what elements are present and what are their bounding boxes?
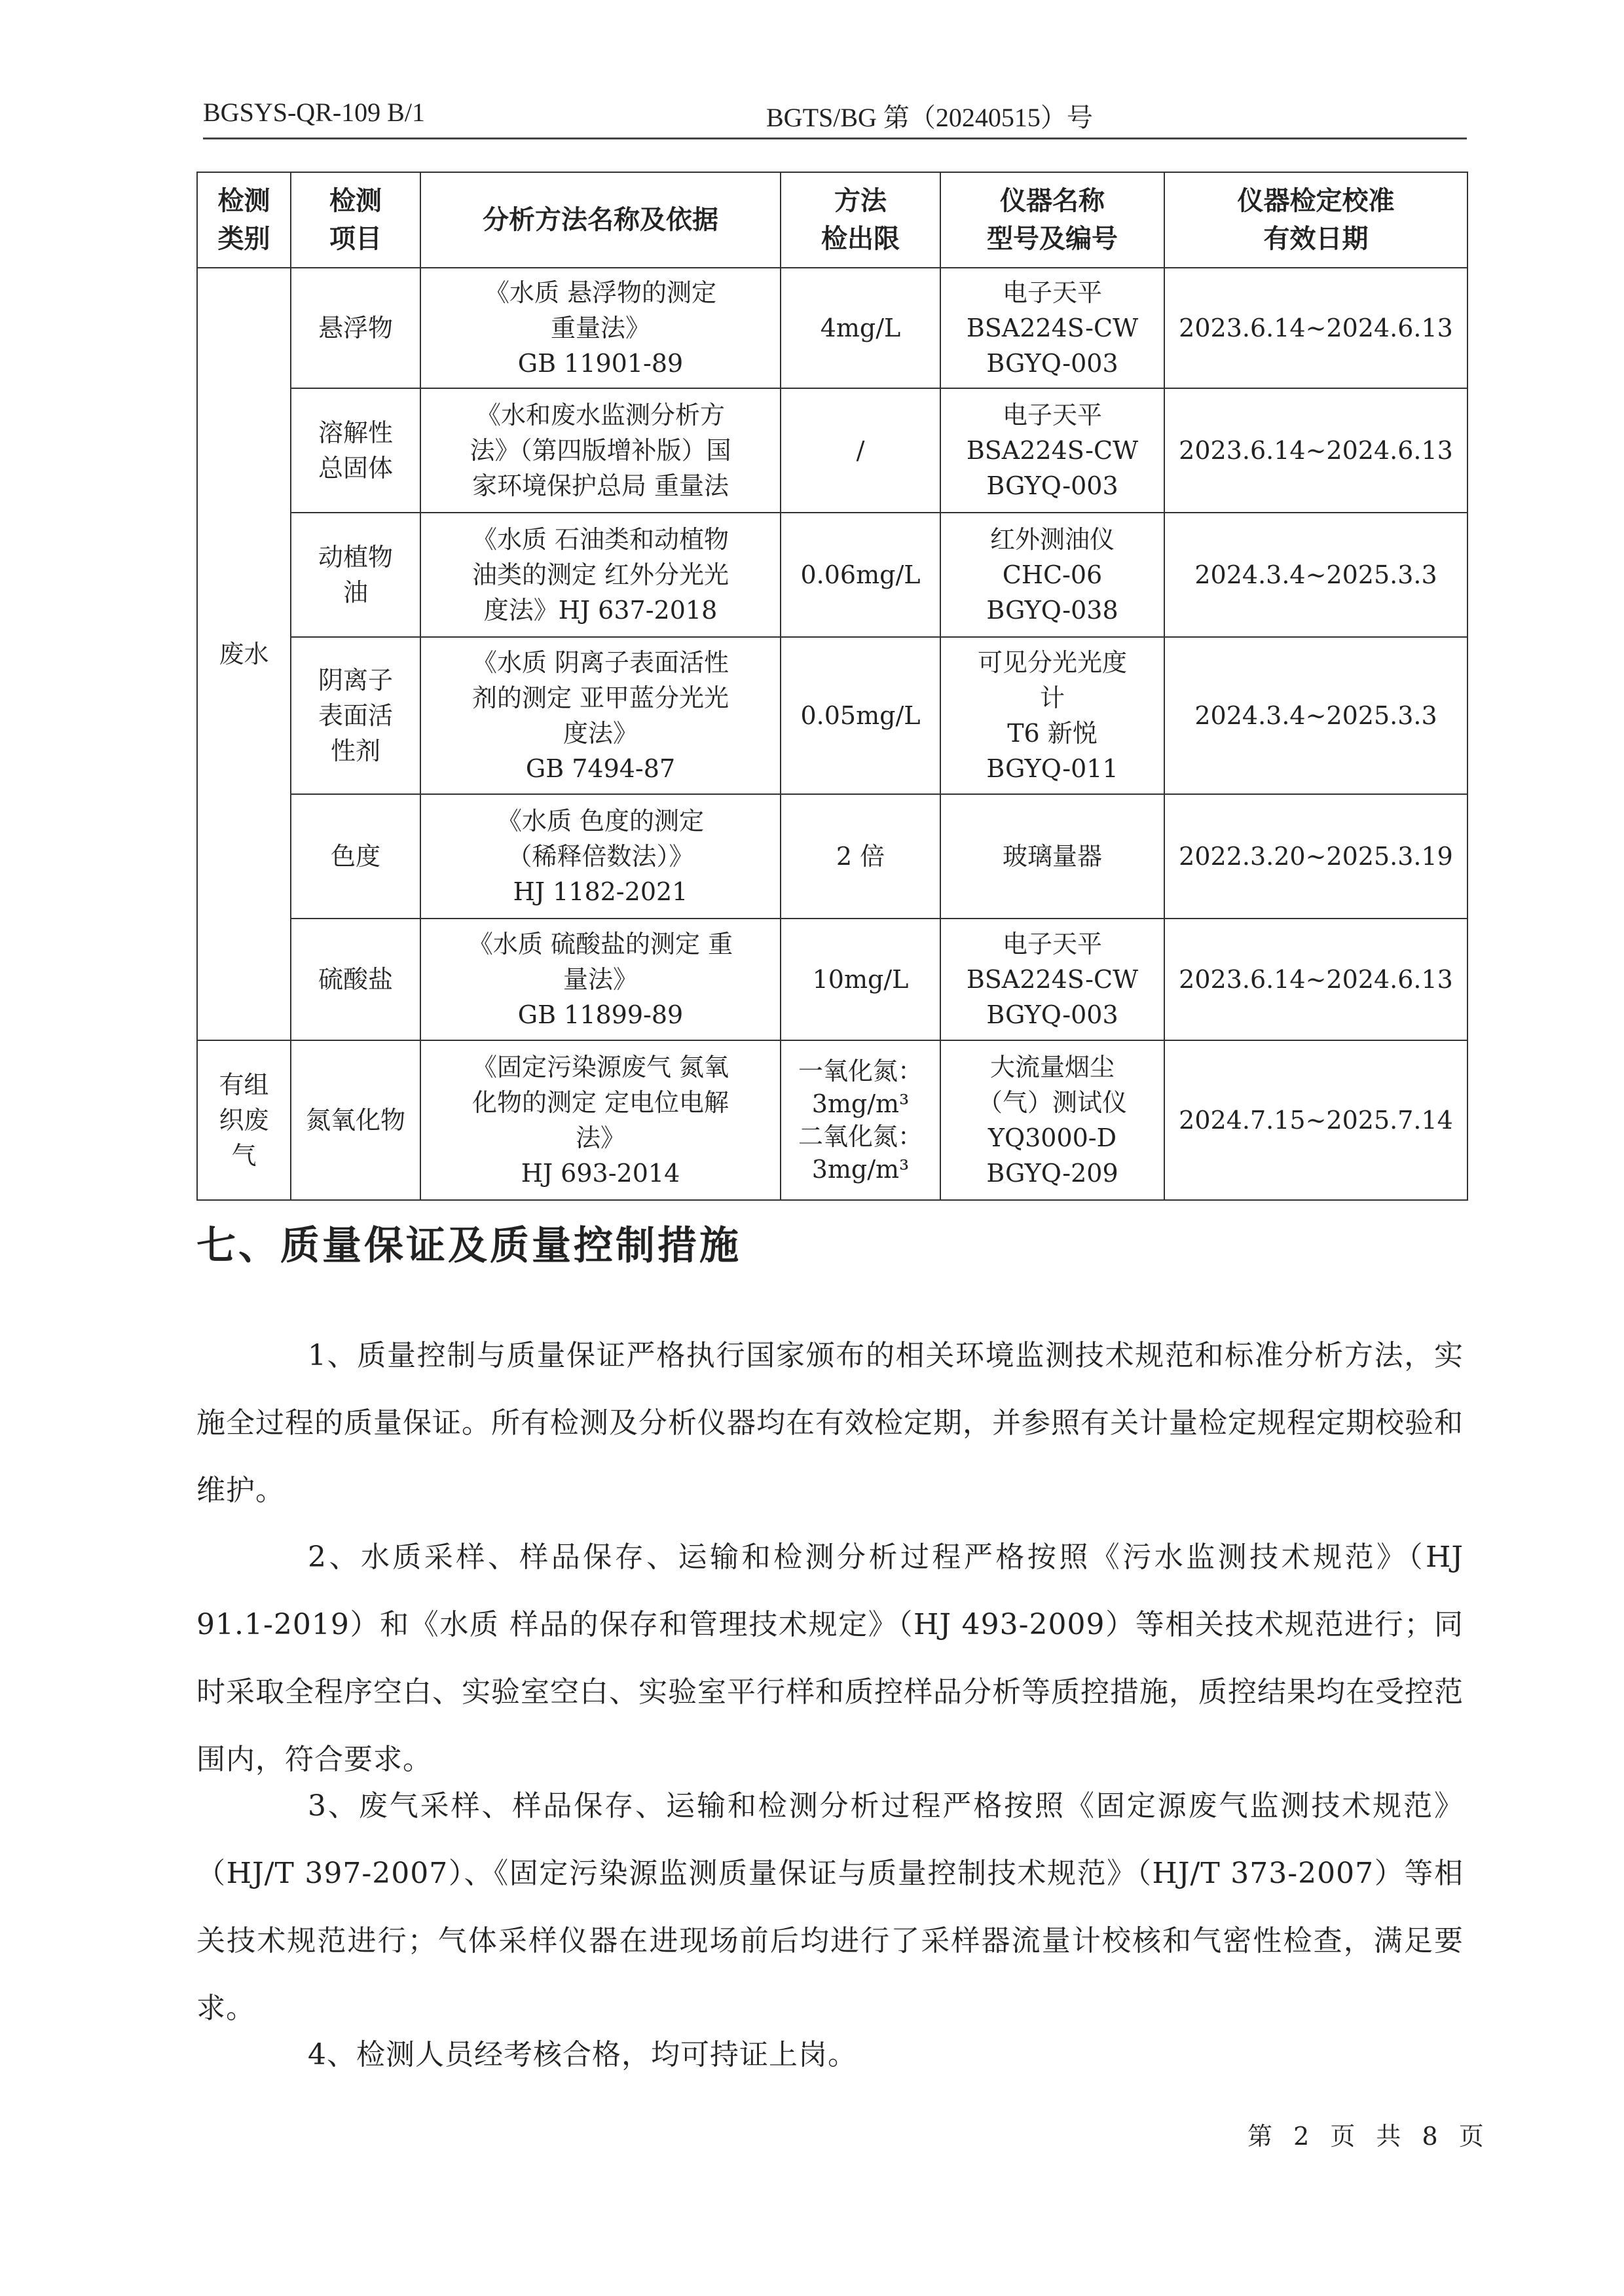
instrument-cell: 可见分光光度计T6 新悦BGYQ-011	[940, 637, 1164, 794]
item-cell: 氮氧化物	[291, 1040, 420, 1200]
table-row: 动植物油 《水质 石油类和动植物油类的测定 红外分光光度法》HJ 637-201…	[197, 513, 1467, 637]
valid-date-cell: 2023.6.14~2024.6.13	[1164, 268, 1467, 388]
limit-cell: 一氧化氮：3mg/m³二氧化氮：3mg/m³	[781, 1040, 940, 1200]
report-number: BGTS/BG 第（20240515）号	[766, 97, 1093, 134]
category-cell: 废水	[197, 268, 291, 1040]
table-row: 阴离子表面活性剂 《水质 阴离子表面活性剂的测定 亚甲蓝分光光度法》GB 749…	[197, 637, 1467, 794]
table-row: 有组织废气 氮氧化物 《固定污染源废气 氮氧化物的测定 定电位电解法》HJ 69…	[197, 1040, 1467, 1200]
col-header-item: 检测项目	[291, 172, 420, 268]
item-cell: 阴离子表面活性剂	[291, 637, 420, 794]
col-header-limit: 方法检出限	[781, 172, 940, 268]
limit-cell: 4mg/L	[781, 268, 940, 388]
table-header-row: 检测类别 检测项目 分析方法名称及依据 方法检出限 仪器名称型号及编号 仪器检定…	[197, 172, 1467, 268]
paragraph-2: 2、水质采样、样品保存、运输和检测分析过程严格按照《污水监测技术规范》（HJ 9…	[196, 1523, 1464, 1793]
page-indicator: 第 2 页 共 8 页	[1247, 2116, 1490, 2152]
table-row: 硫酸盐 《水质 硫酸盐的测定 重量法》GB 11899-89 10mg/L 电子…	[197, 919, 1467, 1040]
table-row: 色度 《水质 色度的测定（稀释倍数法）》HJ 1182-2021 2 倍 玻璃量…	[197, 794, 1467, 919]
item-cell: 动植物油	[291, 513, 420, 637]
col-header-instrument: 仪器名称型号及编号	[940, 172, 1164, 268]
paragraph-4: 4、检测人员经考核合格，均可持证上岗。	[196, 2021, 1464, 2088]
instrument-cell: 电子天平BSA224S-CWBGYQ-003	[940, 388, 1164, 513]
item-cell: 溶解性总固体	[291, 388, 420, 513]
paragraph-3: 3、废气采样、样品保存、运输和检测分析过程严格按照《固定源废气监测技术规范》（H…	[196, 1772, 1464, 2042]
limit-cell: 0.05mg/L	[781, 637, 940, 794]
valid-date-cell: 2023.6.14~2024.6.13	[1164, 919, 1467, 1040]
item-cell: 色度	[291, 794, 420, 919]
method-cell: 《水质 硫酸盐的测定 重量法》GB 11899-89	[420, 919, 781, 1040]
col-header-method: 分析方法名称及依据	[420, 172, 781, 268]
method-cell: 《水质 色度的测定（稀释倍数法）》HJ 1182-2021	[420, 794, 781, 919]
col-header-category: 检测类别	[197, 172, 291, 268]
method-cell: 《固定污染源废气 氮氧化物的测定 定电位电解法》HJ 693-2014	[420, 1040, 781, 1200]
limit-cell: 0.06mg/L	[781, 513, 940, 637]
item-cell: 悬浮物	[291, 268, 420, 388]
instrument-cell: 电子天平BSA224S-CWBGYQ-003	[940, 919, 1164, 1040]
method-cell: 《水和废水监测分析方法》（第四版增补版）国家环境保护总局 重量法	[420, 388, 781, 513]
instrument-cell: 电子天平BSA224S-CWBGYQ-003	[940, 268, 1164, 388]
instrument-cell: 红外测油仪CHC-06BGYQ-038	[940, 513, 1164, 637]
col-header-valid-date: 仪器检定校准有效日期	[1164, 172, 1467, 268]
item-cell: 硫酸盐	[291, 919, 420, 1040]
valid-date-cell: 2024.3.4~2025.3.3	[1164, 637, 1467, 794]
limit-cell: 10mg/L	[781, 919, 940, 1040]
limit-cell: /	[781, 388, 940, 513]
valid-date-cell: 2024.7.15~2025.7.14	[1164, 1040, 1467, 1200]
method-cell: 《水质 石油类和动植物油类的测定 红外分光光度法》HJ 637-2018	[420, 513, 781, 637]
page-header: BGSYS-QR-109 B/1 BGTS/BG 第（20240515）号	[203, 92, 1467, 139]
category-cell: 有组织废气	[197, 1040, 291, 1200]
section-title: 七、质量保证及质量控制措施	[196, 1214, 741, 1271]
valid-date-cell: 2022.3.20~2025.3.19	[1164, 794, 1467, 919]
limit-cell: 2 倍	[781, 794, 940, 919]
table-row: 溶解性总固体 《水和废水监测分析方法》（第四版增补版）国家环境保护总局 重量法 …	[197, 388, 1467, 513]
instrument-cell: 大流量烟尘（气）测试仪YQ3000-DBGYQ-209	[940, 1040, 1164, 1200]
method-cell: 《水质 悬浮物的测定重量法》GB 11901-89	[420, 268, 781, 388]
analysis-methods-table: 检测类别 检测项目 分析方法名称及依据 方法检出限 仪器名称型号及编号 仪器检定…	[196, 172, 1468, 1201]
valid-date-cell: 2023.6.14~2024.6.13	[1164, 388, 1467, 513]
table-row: 废水 悬浮物 《水质 悬浮物的测定重量法》GB 11901-89 4mg/L 电…	[197, 268, 1467, 388]
paragraph-1: 1、质量控制与质量保证严格执行国家颁布的相关环境监测技术规范和标准分析方法，实施…	[196, 1322, 1464, 1524]
valid-date-cell: 2024.3.4~2025.3.3	[1164, 513, 1467, 637]
method-cell: 《水质 阴离子表面活性剂的测定 亚甲蓝分光光度法》GB 7494-87	[420, 637, 781, 794]
instrument-cell: 玻璃量器	[940, 794, 1164, 919]
form-code: BGSYS-QR-109 B/1	[203, 97, 425, 128]
